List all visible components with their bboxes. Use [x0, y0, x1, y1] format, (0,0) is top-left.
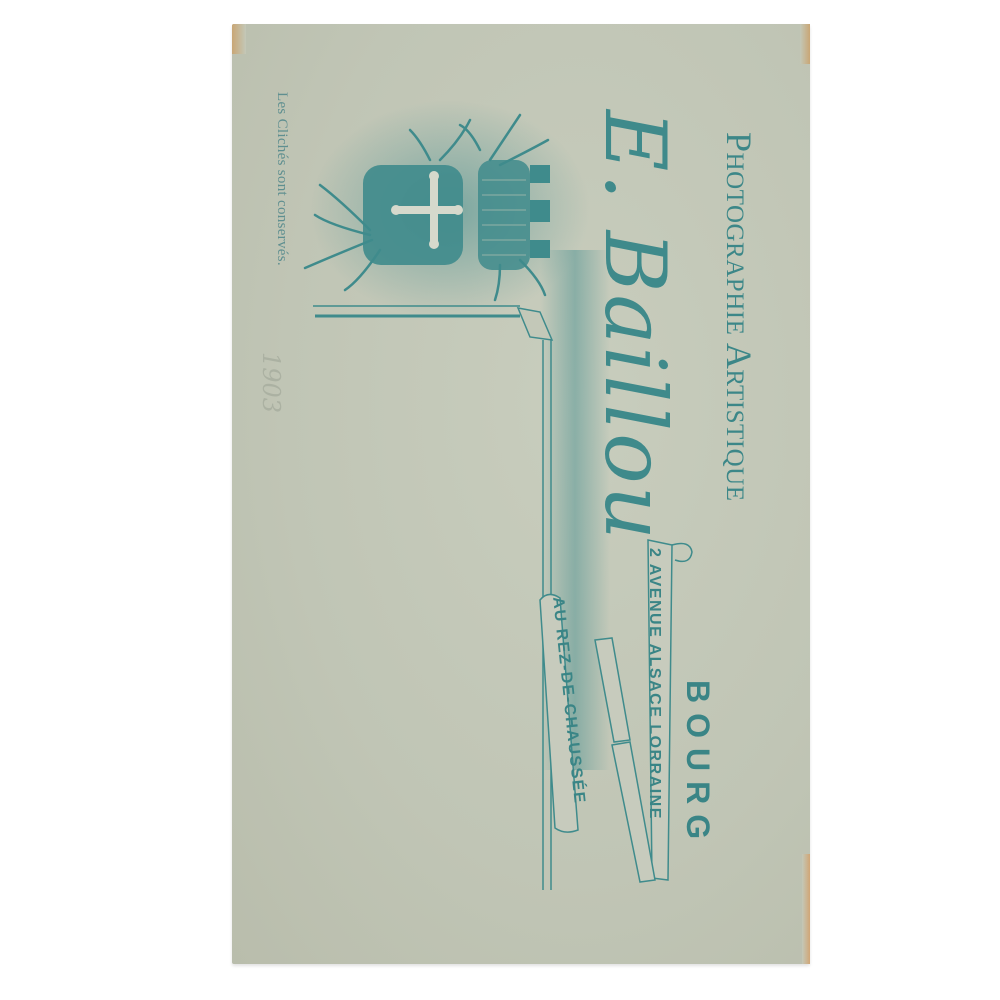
- mural-crown-icon: [478, 160, 550, 270]
- imprint-artwork: [0, 0, 1000, 1000]
- studio-title: Photographie Artistique: [718, 132, 760, 502]
- address-text: 2 AVENUE ALSACE LORRAINE: [645, 548, 663, 820]
- city-name: BOURG: [679, 680, 716, 849]
- cross-shield-icon: [363, 165, 463, 265]
- frame-lines: [313, 306, 552, 890]
- notice-text: Les Clichés sont conservés.: [273, 92, 290, 266]
- photographer-name: E. Baillou: [586, 110, 684, 542]
- pencil-annotation: 1903: [257, 352, 285, 413]
